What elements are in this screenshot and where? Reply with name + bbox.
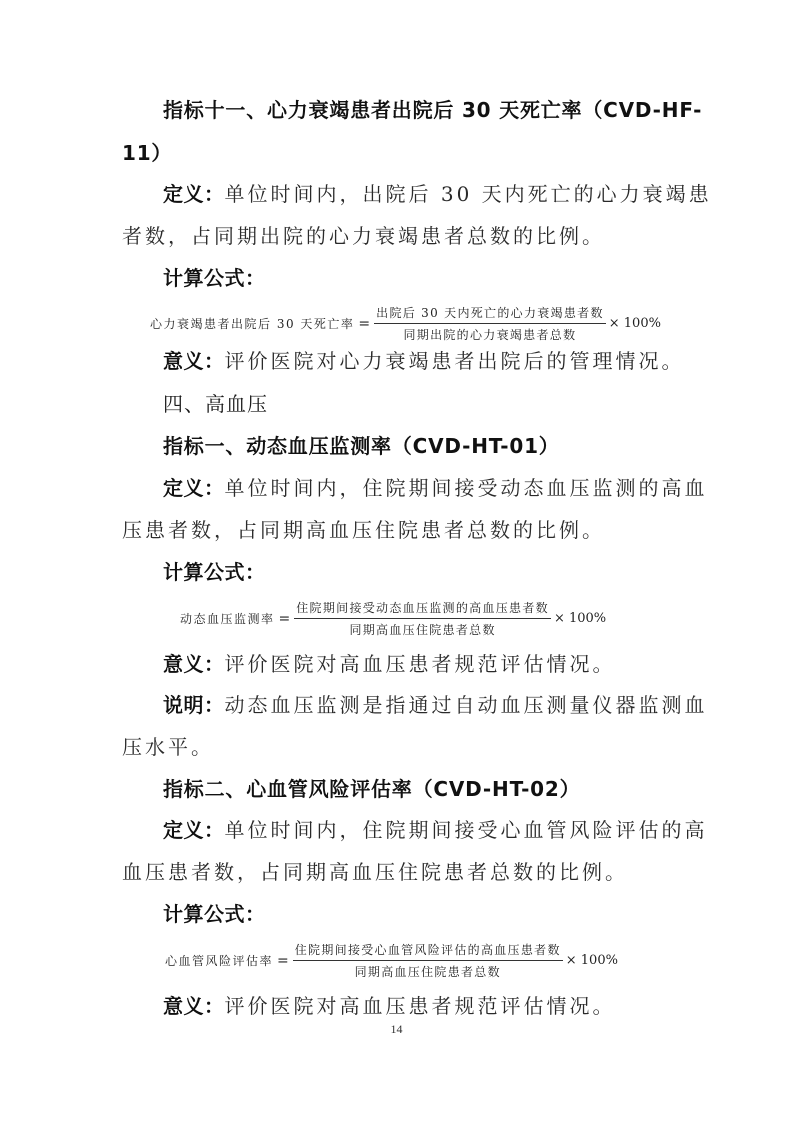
- note-label: 说明：: [163, 693, 225, 717]
- formula-lhs: 动态血压监测率: [180, 610, 275, 627]
- formula-multiplier: × 100%: [609, 316, 661, 331]
- formula-numerator: 住院期间接受心血管风险评估的高血压患者数: [293, 941, 563, 961]
- indicator-title-hf11-line2: 11）: [122, 139, 677, 167]
- meaning-label: 意义：: [163, 994, 225, 1018]
- definition-hf11-line2: 者数，占同期出院的心力衰竭患者总数的比例。: [122, 222, 677, 250]
- meaning-ht01: 意义：评价医院对高血压患者规范评估情况。: [163, 650, 718, 678]
- definition-text: 单位时间内，住院期间接受动态血压监测的高血: [225, 476, 708, 500]
- definition-ht01: 定义：单位时间内，住院期间接受动态血压监测的高血: [163, 474, 718, 502]
- formula-fraction: 住院期间接受动态血压监测的高血压患者数 同期高血压住院患者总数: [294, 599, 551, 638]
- definition-ht02: 定义：单位时间内，住院期间接受心血管风险评估的高: [163, 816, 718, 844]
- formula-fraction: 出院后 30 天内死亡的心力衰竭患者数 同期出院的心力衰竭患者总数: [374, 304, 606, 343]
- meaning-text: 评价医院对高血压患者规范评估情况。: [225, 652, 616, 676]
- formula-numerator: 住院期间接受动态血压监测的高血压患者数: [294, 599, 551, 619]
- formula-multiplier: × 100%: [566, 953, 618, 968]
- definition-ht01-line2: 压患者数，占同期高血压住院患者总数的比例。: [122, 516, 677, 544]
- note-ht01-line2: 压水平。: [122, 733, 677, 761]
- indicator-title-hf11-line1: 指标十一、心力衰竭患者出院后 30 天死亡率（CVD-HF-: [163, 96, 718, 124]
- definition-hf11: 定义：单位时间内，出院后 30 天内死亡的心力衰竭患: [163, 180, 718, 208]
- meaning-label: 意义：: [163, 652, 225, 676]
- formula-ht01: 动态血压监测率 = 住院期间接受动态血压监测的高血压患者数 同期高血压住院患者总…: [180, 599, 606, 638]
- indicator-title-ht01: 指标一、动态血压监测率（CVD-HT-01）: [163, 432, 718, 460]
- meaning-text: 评价医院对高血压患者规范评估情况。: [225, 994, 616, 1018]
- formula-ht02: 心血管风险评估率 = 住院期间接受心血管风险评估的高血压患者数 同期高血压住院患…: [165, 941, 618, 980]
- formula-denominator: 同期出院的心力衰竭患者总数: [403, 324, 576, 343]
- page-number: 14: [0, 1022, 793, 1037]
- definition-text: 单位时间内，出院后 30 天内死亡的心力衰竭患: [225, 182, 712, 206]
- meaning-hf11: 意义：评价医院对心力衰竭患者出院后的管理情况。: [163, 347, 718, 375]
- formula-fraction: 住院期间接受心血管风险评估的高血压患者数 同期高血压住院患者总数: [293, 941, 563, 980]
- definition-label: 定义：: [163, 818, 225, 842]
- definition-label: 定义：: [163, 182, 225, 206]
- formula-label-ht02: 计算公式：: [163, 900, 718, 928]
- note-ht01: 说明：动态血压监测是指通过自动血压测量仪器监测血: [163, 691, 718, 719]
- formula-equals: =: [277, 953, 289, 969]
- meaning-text: 评价医院对心力衰竭患者出院后的管理情况。: [225, 349, 685, 373]
- definition-text: 单位时间内，住院期间接受心血管风险评估的高: [225, 818, 708, 842]
- formula-multiplier: × 100%: [554, 611, 606, 626]
- formula-denominator: 同期高血压住院患者总数: [355, 961, 501, 980]
- definition-label: 定义：: [163, 476, 225, 500]
- indicator-title-ht02: 指标二、心血管风险评估率（CVD-HT-02）: [163, 775, 718, 803]
- formula-lhs: 心血管风险评估率: [165, 952, 273, 969]
- definition-ht02-line2: 血压患者数，占同期高血压住院患者总数的比例。: [122, 858, 677, 886]
- note-text: 动态血压监测是指通过自动血压测量仪器监测血: [225, 693, 708, 717]
- formula-hf11: 心力衰竭患者出院后 30 天死亡率 = 出院后 30 天内死亡的心力衰竭患者数 …: [150, 304, 661, 343]
- meaning-label: 意义：: [163, 349, 225, 373]
- meaning-ht02: 意义：评价医院对高血压患者规范评估情况。: [163, 992, 718, 1020]
- formula-lhs: 心力衰竭患者出院后 30 天死亡率: [150, 315, 354, 332]
- formula-label-hf11: 计算公式：: [163, 264, 718, 292]
- formula-numerator: 出院后 30 天内死亡的心力衰竭患者数: [374, 304, 606, 324]
- formula-label-ht01: 计算公式：: [163, 558, 718, 586]
- section-heading-hypertension: 四、高血压: [163, 390, 718, 418]
- formula-equals: =: [279, 611, 291, 627]
- formula-denominator: 同期高血压住院患者总数: [349, 619, 495, 638]
- formula-equals: =: [358, 316, 370, 332]
- document-page: 指标十一、心力衰竭患者出院后 30 天死亡率（CVD-HF- 11） 定义：单位…: [0, 0, 793, 1122]
